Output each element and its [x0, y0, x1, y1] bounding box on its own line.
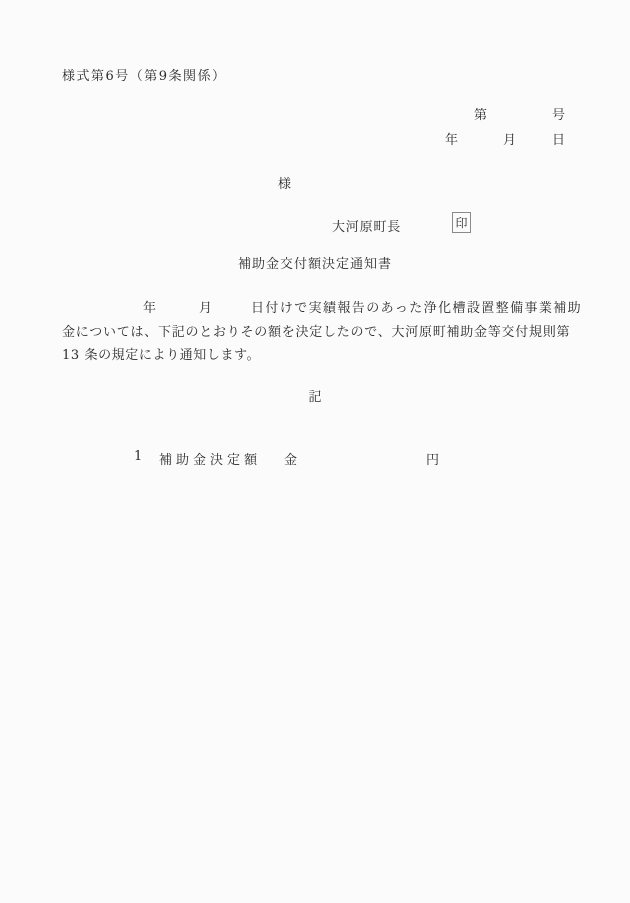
body-line3-text: 13 条の規定により通知します。: [62, 344, 260, 363]
seal-placeholder-box: 印: [452, 212, 471, 233]
body-line1-text: 日付けで実績報告のあった浄化槽設置整備事業補助: [251, 297, 582, 316]
record-heading: 記: [0, 386, 630, 405]
doc-number-prefix: 第: [474, 104, 487, 123]
form-number-label: 様式第6号（第9条関係）: [62, 65, 227, 84]
item-label: 補助金決定額: [159, 449, 261, 468]
doc-number-suffix: 号: [552, 104, 565, 123]
addressee-honorific: 様: [278, 173, 291, 192]
date-month-label: 月: [503, 129, 516, 148]
amount-unit-label: 円: [426, 449, 439, 468]
document-title: 補助金交付額決定通知書: [0, 253, 630, 272]
body-blank-month-label: 月: [199, 297, 212, 316]
body-blank-year-label: 年: [143, 297, 156, 316]
date-year-label: 年: [445, 129, 458, 148]
amount-prefix-label: 金: [284, 449, 297, 468]
sender-title: 大河原町長: [332, 216, 401, 235]
seal-mark-label: 印: [455, 214, 467, 231]
date-day-label: 日: [552, 129, 565, 148]
item-number: 1: [134, 449, 142, 464]
body-line2-text: 金については、下記のとおりその額を決定したので、大河原町補助金等交付規則第: [62, 321, 570, 340]
document-page: 様式第6号（第9条関係） 第 号 年 月 日 様 大河原町長 印 補助金交付額決…: [0, 0, 630, 903]
